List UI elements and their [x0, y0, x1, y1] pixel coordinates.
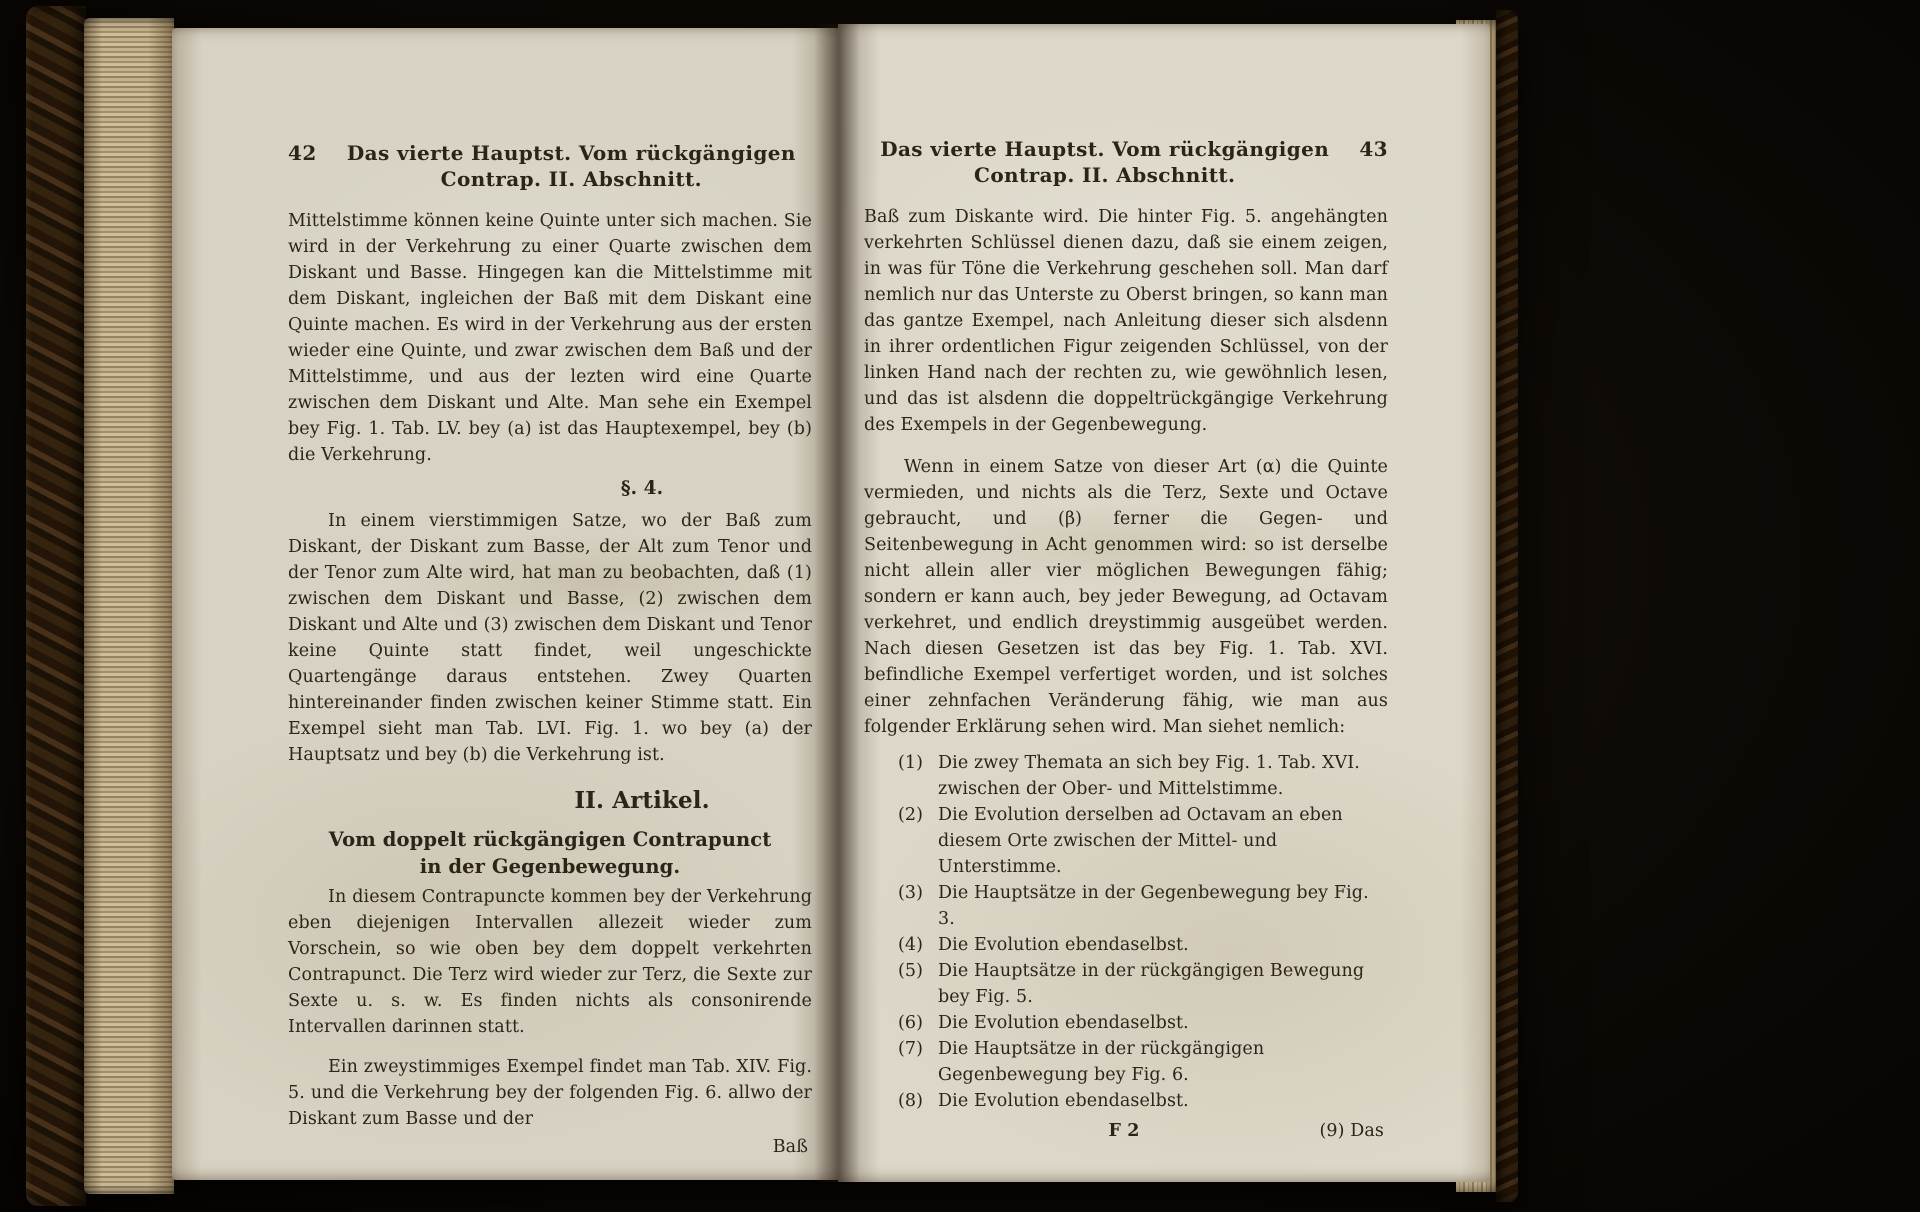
right-running-header: Das vierte Hauptst. Vom rückgängigen Con… [864, 136, 1388, 188]
list-item-text: Die Evolution ebendaselbst. [938, 1010, 1388, 1036]
list-item: (7) Die Hauptsätze in der rückgängigen G… [864, 1036, 1388, 1088]
list-item-text: Die Evolution ebendaselbst. [938, 932, 1388, 958]
signature-mark: F 2 [1037, 1118, 1210, 1144]
list-item: (2) Die Evolution derselben ad Octavam a… [864, 802, 1388, 880]
paragraph: Baß zum Diskante wird. Die hinter Fig. 5… [864, 204, 1388, 438]
list-item-text: Die Hauptsätze in der Gegenbewegung bey … [938, 880, 1388, 932]
right-running-header-title: Das vierte Hauptst. Vom rückgängigen Con… [864, 136, 1345, 188]
right-page-text-column: Das vierte Hauptst. Vom rückgängigen Con… [864, 136, 1388, 1144]
list-item-text: Die Evolution derselben ad Octavam an eb… [938, 802, 1388, 880]
left-running-header-title: Das vierte Hauptst. Vom rückgängigen Con… [331, 140, 812, 192]
left-page-text-column: 42 Das vierte Hauptst. Vom rückgängigen … [288, 140, 812, 1160]
list-item-number: (3) [898, 880, 938, 932]
article-subtitle-line-1: Vom doppelt rückgängigen Contrapunct [288, 826, 812, 853]
paragraph: In einem vierstimmigen Satze, wo der Baß… [288, 508, 812, 768]
list-item: (4) Die Evolution ebendaselbst. [864, 932, 1388, 958]
book-gutter-shadow [814, 24, 860, 1182]
list-item-number: (4) [898, 932, 938, 958]
right-page-number: 43 [1359, 136, 1388, 162]
list-item-text: Die zwey Themata an sich bey Fig. 1. Tab… [938, 750, 1388, 802]
catchword: (9) Das [1211, 1118, 1388, 1144]
left-running-header: 42 Das vierte Hauptst. Vom rückgängigen … [288, 140, 812, 192]
list-item-text: Die Hauptsätze in der rückgängigen Gegen… [938, 1036, 1388, 1088]
right-page: Das vierte Hauptst. Vom rückgängigen Con… [838, 24, 1490, 1182]
list-item: (1) Die zwey Themata an sich bey Fig. 1.… [864, 750, 1388, 802]
leather-cover-right [1496, 10, 1518, 1202]
paragraph: Ein zweystimmiges Exempel findet man Tab… [288, 1054, 812, 1132]
paragraph: Mittelstimme können keine Quinte unter s… [288, 208, 812, 468]
catchword: Baß [288, 1134, 812, 1160]
list-item-number: (2) [898, 802, 938, 880]
page-edges-left [84, 18, 174, 1194]
article-subtitle-line-2: in der Gegenbewegung. [288, 853, 812, 880]
list-item-number: (1) [898, 750, 938, 802]
list-item: (3) Die Hauptsätze in der Gegenbewegung … [864, 880, 1388, 932]
list-item-number: (7) [898, 1036, 938, 1088]
list-item-text: Die Hauptsätze in der rückgängigen Beweg… [938, 958, 1388, 1010]
paragraph: In diesem Contrapuncte kommen bey der Ve… [288, 884, 812, 1040]
list-item-text: Die Evolution ebendaselbst. [938, 1088, 1388, 1114]
list-item-number: (5) [898, 958, 938, 1010]
page-bottom-row: F 2 (9) Das [864, 1118, 1388, 1144]
paragraph: Wenn in einem Satze von dieser Art (α) d… [864, 454, 1388, 740]
list-item-number: (8) [898, 1088, 938, 1114]
open-book: 42 Das vierte Hauptst. Vom rückgängigen … [26, 6, 1518, 1206]
list-item: (5) Die Hauptsätze in der rückgängigen B… [864, 958, 1388, 1010]
leather-cover-left [26, 6, 86, 1206]
left-page-number: 42 [288, 140, 317, 166]
left-page: 42 Das vierte Hauptst. Vom rückgängigen … [172, 28, 838, 1180]
list-item: (6) Die Evolution ebendaselbst. [864, 1010, 1388, 1036]
list-item-number: (6) [898, 1010, 938, 1036]
numbered-list: (1) Die zwey Themata an sich bey Fig. 1.… [864, 750, 1388, 1114]
list-item: (8) Die Evolution ebendaselbst. [864, 1088, 1388, 1114]
